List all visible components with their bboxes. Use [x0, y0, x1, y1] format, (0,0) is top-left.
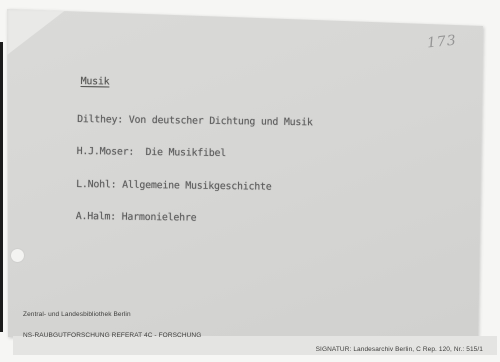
typed-text-block: Musik Dilthey: Von deutscher Dichtung un… [75, 55, 313, 248]
typed-heading: Musik [81, 77, 314, 90]
typed-entry: L.Nohl: Allgemeine Musikgeschichte [76, 180, 312, 194]
footer-institution: Zentral- und Landesbibliothek Berlin NS-… [23, 297, 201, 353]
footer-institution-line2: NS-RAUBGUTFORSCHUNG REFERAT 4C - FORSCHU… [23, 332, 201, 339]
typed-entry: H.J.Moser: Die Musikfibel [77, 147, 313, 161]
hole-punch [11, 249, 24, 262]
footer-caption-bar: Zentral- und Landesbibliothek Berlin NS-… [13, 336, 497, 355]
typed-entry: A.Halm: Harmonielehre [76, 212, 312, 226]
typed-entry: Dilthey: Von deutscher Dichtung und Musi… [77, 115, 313, 129]
handwritten-page-number: 173 [426, 32, 457, 51]
footer-signature: SIGNATUR: Landesarchiv Berlin, C Rep. 12… [316, 346, 483, 353]
page-fold-highlight [7, 9, 67, 59]
scanned-document-view: 173 Musik Dilthey: Von deutscher Dichtun… [0, 0, 500, 362]
footer-institution-line1: Zentral- und Landesbibliothek Berlin [23, 311, 201, 318]
